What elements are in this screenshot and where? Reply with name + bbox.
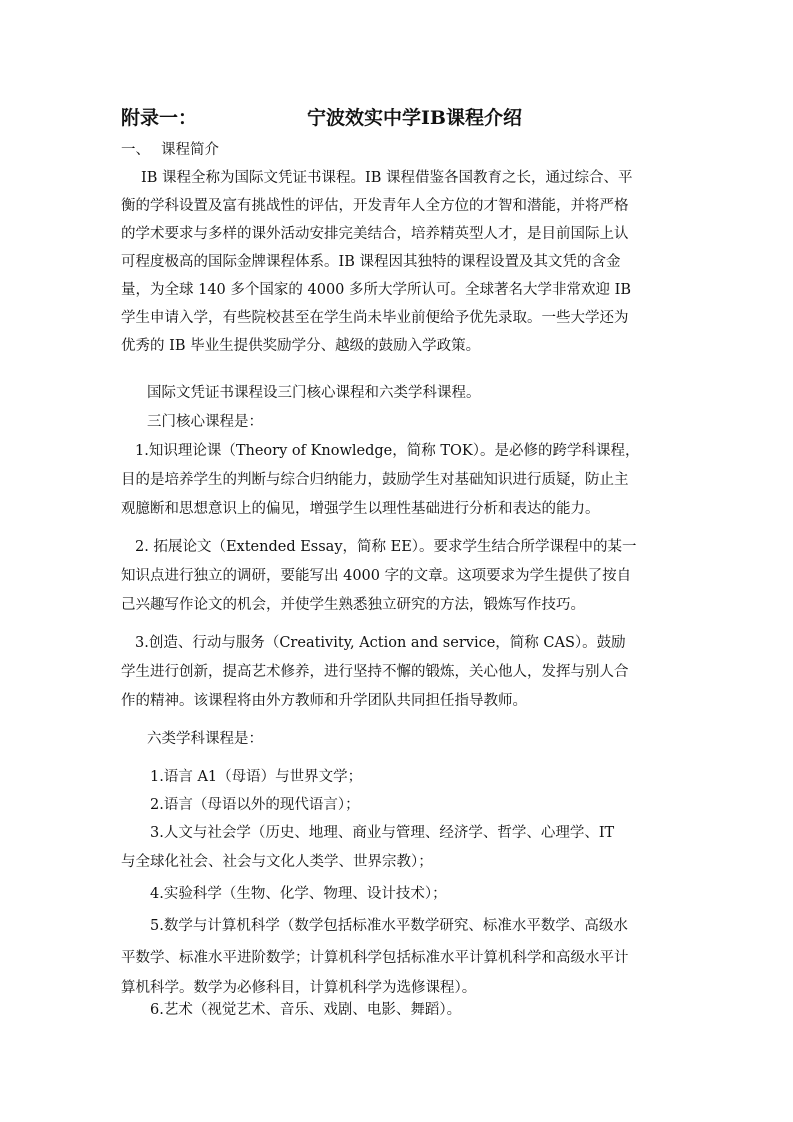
text-line: 算机科学。数学为必修科目，计算机科学为选修课程）。 (121, 978, 676, 998)
text-line: 可程度极高的国际金牌课程体系。IB 课程因其独特的课程设置及其文凭的含金 (121, 252, 676, 272)
text-line: 6.艺术（视觉艺术、音乐、戏剧、电影、舞蹈）。 (150, 1000, 705, 1020)
text-line: 优秀的 IB 毕业生提供奖励学分、越级的鼓励入学政策。 (121, 336, 676, 356)
text-line: 的学术要求与多样的课外活动安排完美结合，培养精英型人才，是目前国际上认 (121, 224, 676, 244)
text-line: 作的精神。该课程将由外方教师和升学团队共同担任指导教师。 (121, 691, 676, 711)
text-line: 3.人文与社会学（历史、地理、商业与管理、经济学、哲学、心理学、IT (150, 823, 705, 843)
text-line: 学生申请入学，有些院校甚至在学生尚未毕业前便给予优先录取。一些大学还为 (121, 308, 676, 328)
text-line: 1.语言 A1（母语）与世界文学； (150, 767, 705, 787)
text-line: 衡的学科设置及富有挑战性的评估，开发青年人全方位的才智和潜能，并将严格 (121, 196, 676, 216)
text-line: 2. 拓展论文（Extended Essay，简称 EE）。要求学生结合所学课程… (135, 537, 690, 557)
text-line: 与全球化社会、社会与文化人类学、世界宗教）； (121, 852, 676, 872)
document-page: 附录一： 宁波效实中学IB课程介绍 一、课程简介 IB 课程全称为国际文凭证书课… (0, 0, 793, 1122)
text-line: 三门核心课程是： (147, 412, 702, 432)
section-number: 一、 (121, 138, 161, 159)
text-line: 5.数学与计算机科学（数学包括标准水平数学研究、标准水平数学、高级水 (150, 916, 705, 936)
text-line: 4.实验科学（生物、化学、物理、设计技术）； (150, 884, 705, 904)
title-row: 附录一： 宁波效实中学IB课程介绍 (121, 103, 681, 133)
text-line: 知识点进行独立的调研，要能写出 4000 字的文章。这项要求为学生提供了按自 (121, 566, 676, 586)
text-line: 量，为全球 140 多个国家的 4000 多所大学所认可。全球著名大学非常欢迎 … (121, 280, 676, 300)
section-heading: 一、课程简介 (121, 138, 219, 159)
text-line: 3.创造、行动与服务（Creativity, Action and servic… (135, 633, 690, 653)
text-line: 1.知识理论课（Theory of Knowledge，简称 TOK）。是必修的… (135, 441, 690, 461)
text-line: 目的是培养学生的判断与综合归纳能力，鼓励学生对基础知识进行质疑，防止主 (121, 470, 676, 490)
text-line: 观臆断和思想意识上的偏见，增强学生以理性基础进行分析和表达的能力。 (121, 499, 676, 519)
text-line: 己兴趣写作论文的机会，并使学生熟悉独立研究的方法，锻炼写作技巧。 (121, 595, 676, 615)
text-line: 六类学科课程是： (147, 729, 702, 749)
page-title: 宁波效实中学IB课程介绍 (307, 103, 522, 130)
text-line: 学生进行创新，提高艺术修养，进行坚持不懈的锻炼，关心他人，发挥与别人合 (121, 662, 676, 682)
text-line: IB 课程全称为国际文凭证书课程。IB 课程借鉴各国教育之长，通过综合、平 (141, 168, 696, 188)
text-line: 平数学、标准水平进阶数学；计算机科学包括标准水平计算机科学和高级水平计 (121, 948, 676, 968)
appendix-label: 附录一： (121, 103, 197, 130)
text-line: 2.语言（母语以外的现代语言）； (150, 795, 705, 815)
section-title: 课程简介 (161, 142, 219, 158)
text-line: 国际文凭证书课程设三门核心课程和六类学科课程。 (147, 383, 702, 403)
